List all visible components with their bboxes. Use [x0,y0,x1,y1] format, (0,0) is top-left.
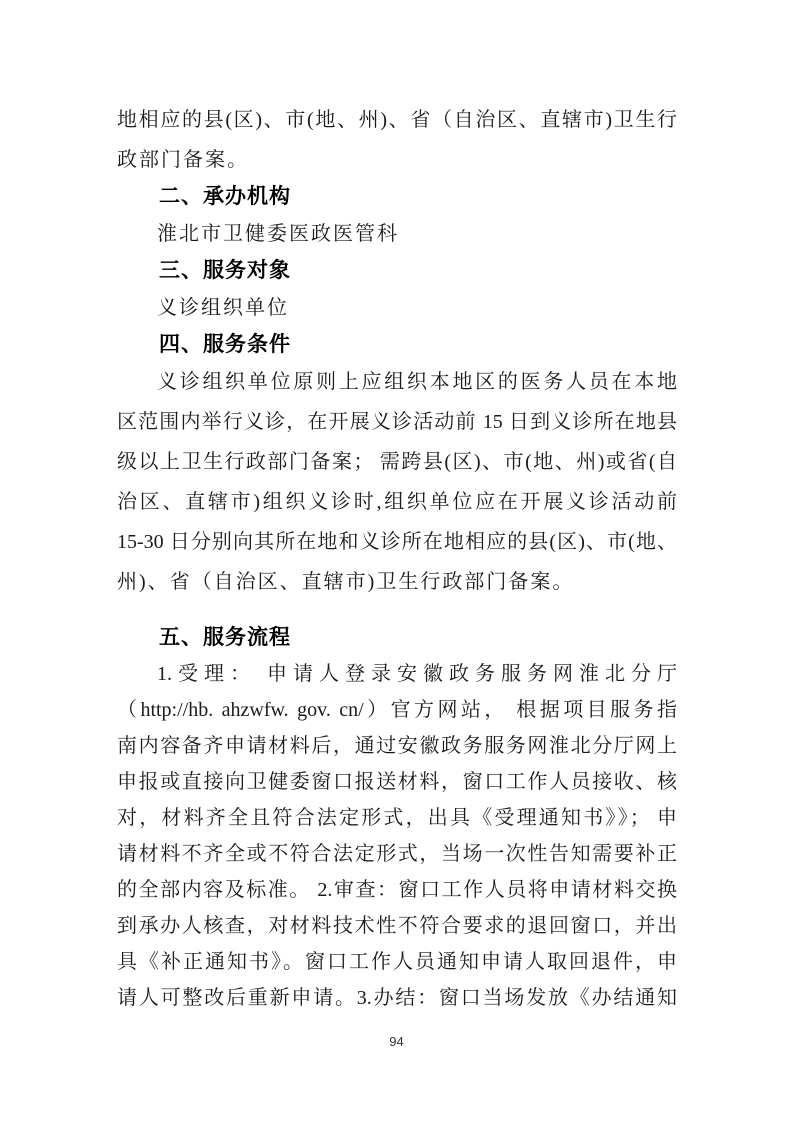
document-line: 具《补正通知书》。窗口工作人员通知申请人取回退件，申 [117,944,677,980]
document-line: 请人可整改后重新申请。3.办结：窗口当场发放《办结通知 [117,980,677,1016]
section-heading: 二、承办机构 [117,180,677,214]
document-line: 南内容备齐申请材料后，通过安徽政务服务网淮北分厅网上 [117,728,677,764]
document-line: 州)、省（自治区、直辖市)卫生行政部门备案。 [117,562,677,602]
page: 地相应的县(区)、市(地、州)、省（自治区、直辖市)卫生行政部门备案。二、承办机… [0,0,793,1122]
document-line: 申报或直接向卫健委窗口报送材料，窗口工作人员接收、核 [117,764,677,800]
document-line: 政部门备案。 [117,140,677,180]
document-line: 到承办人核查，对材料技术性不符合要求的退回窗口，并出 [117,908,677,944]
document-line: 请材料不齐全或不符合法定形式，当场一次性告知需要补正 [117,836,677,872]
document-line: 区范围内举行义诊，在开展义诊活动前 15 日到义诊所在地县 [117,402,677,442]
document-line: 对，材料齐全且符合法定形式，出具《受理通知书》》； 申 [117,800,677,836]
section-heading: 四、服务条件 [117,328,677,362]
document-line: 义诊组织单位原则上应组织本地区的医务人员在本地 [117,362,677,402]
document-line: 治区、直辖市)组织义诊时,组织单位应在开展义诊活动前 [117,482,677,522]
document-line: 义诊组织单位 [117,288,677,328]
section-heading: 五、服务流程 [117,620,677,656]
document-line: 地相应的县(区)、市(地、州)、省（自治区、直辖市)卫生行 [117,100,677,140]
document-line: 级以上卫生行政部门备案； 需跨县(区)、市(地、州)或省(自 [117,442,677,482]
document-body: 地相应的县(区)、市(地、州)、省（自治区、直辖市)卫生行政部门备案。二、承办机… [117,100,677,1016]
document-line: （http://hb. ahzwfw. gov. cn/）官方网站， 根据项目服… [117,692,677,728]
document-line: 15-30 日分别向其所在地和义诊所在地相应的县(区)、市(地、 [117,522,677,562]
document-line: 淮北市卫健委医政医管科 [117,214,677,254]
section-heading: 三、服务对象 [117,254,677,288]
page-number: 94 [0,1034,793,1049]
document-line: 1.受理： 申请人登录安徽政务服务网淮北分厅 [117,656,677,692]
document-line: 的全部内容及标准。 2.审查：窗口工作人员将申请材料交换 [117,872,677,908]
